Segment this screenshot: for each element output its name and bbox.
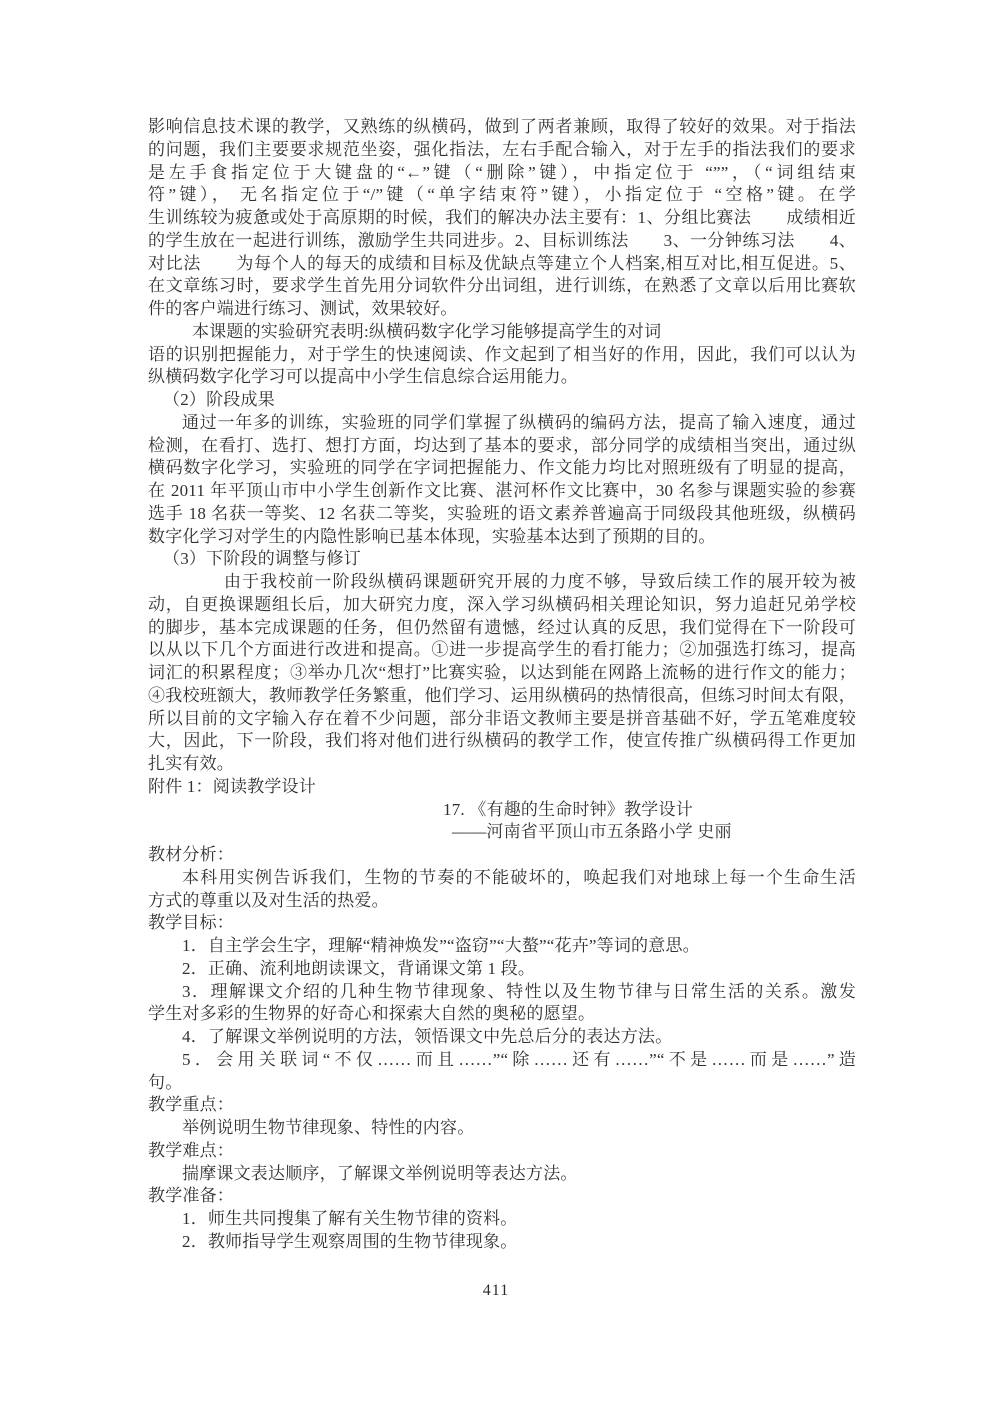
- text-line: 以从以下几个方面进行改进和提高。①进一步提高学生的看打能力；②加强选打练习，提高: [148, 639, 856, 662]
- text-line: 学生对多彩的生物界的好奇心和探索大自然的奥秘的愿望。: [148, 1003, 856, 1026]
- text-line: 件的客户端进行练习、测试，效果较好。: [148, 298, 856, 321]
- text-line: 纵横码数字化学习可以提高中小学生信息综合运用能力。: [148, 366, 856, 389]
- text-line: 本科用实例告诉我们，生物的节奏的不能破坏的，唤起我们对地球上每一个生命生活: [148, 867, 856, 890]
- text-line: 本课题的实验研究表明:纵横码数字化学习能够提高学生的对词: [148, 321, 856, 344]
- text-line: 对比法 为每个人的每天的成绩和目标及优缺点等建立个人档案,相互对比,相互促进。5…: [148, 253, 856, 276]
- text-line: 教学难点：: [148, 1140, 856, 1163]
- text-line: 1．师生共同搜集了解有关生物节律的资料。: [148, 1208, 856, 1231]
- text-line: 由于我校前一阶段纵横码课题研究开展的力度不够，导致后续工作的展开较为被: [148, 571, 856, 594]
- document-body: 影响信息技术课的教学，又熟练的纵横码，做到了两者兼顾，取得了较好的效果。对于指法…: [148, 116, 856, 1254]
- text-line: 的学生放在一起进行训练，激励学生共同进步。2、目标训练法 3、一分钟练习法 4、: [148, 230, 856, 253]
- text-line: ——河南省平顶山市五条路小学 史丽: [148, 821, 856, 844]
- text-line: 大，因此，下一阶段，我们将对他们进行纵横码的教学工作，使宣传推广纵横码得工作更加: [148, 730, 856, 753]
- text-line: 举例说明生物节律现象、特性的内容。: [148, 1117, 856, 1140]
- text-line: 符”键）， 无名指定位于“/”键（“单字结束符”键），小指定位于 “空格”键。在…: [148, 184, 856, 207]
- document-page: 影响信息技术课的教学，又熟练的纵横码，做到了两者兼顾，取得了较好的效果。对于指法…: [0, 0, 992, 1403]
- text-line: （2）阶段成果: [148, 389, 856, 412]
- text-line: 17. 《有趣的生命时钟》教学设计: [148, 799, 856, 822]
- text-line: 的问题，我们主要要求规范坐姿，强化指法，左右手配合输入，对于左手的指法我们的要求: [148, 139, 856, 162]
- text-line: 所以目前的文字输入存在着不少问题，部分非语文教师主要是拼音基础不好，学五笔难度较: [148, 708, 856, 731]
- text-line: 在 2011 年平顶山市中小学生创新作文比赛、湛河杯作文比赛中，30 名参与课题…: [148, 480, 856, 503]
- text-line: 影响信息技术课的教学，又熟练的纵横码，做到了两者兼顾，取得了较好的效果。对于指法: [148, 116, 856, 139]
- text-line: 语的识别把握能力，对于学生的快速阅读、作文起到了相当好的作用，因此，我们可以认为: [148, 344, 856, 367]
- text-line: 句。: [148, 1072, 856, 1095]
- text-line: 方式的尊重以及对生活的热爱。: [148, 890, 856, 913]
- text-line: ④我校班额大，教师教学任务繁重，他们学习、运用纵横码的热情很高，但练习时间太有限…: [148, 685, 856, 708]
- text-line: 选手 18 名获一等奖、12 名获二等奖，实验班的语文素养普遍高于同级段其他班级…: [148, 503, 856, 526]
- text-line: 数字化学习对学生的内隐性影响已基本体现，实验基本达到了预期的目的。: [148, 526, 856, 549]
- footer-page-number: 411: [0, 1282, 992, 1300]
- text-line: 4．了解课文举例说明的方法，领悟课文中先总后分的表达方法。: [148, 1026, 856, 1049]
- text-line: 2．教师指导学生观察周围的生物节律现象。: [148, 1231, 856, 1254]
- text-line: 教学目标：: [148, 912, 856, 935]
- text-line: 动，自更换课题组长后，加大研究力度，深入学习纵横码相关理论知识，努力追赶兄弟学校: [148, 594, 856, 617]
- text-line: 词汇的积累程度；③举办几次“想打”比赛实验，以达到能在网路上流畅的进行作文的能力…: [148, 662, 856, 685]
- text-line: 教学重点：: [148, 1094, 856, 1117]
- text-line: 揣摩课文表达顺序，了解课文举例说明等表达方法。: [148, 1163, 856, 1186]
- text-line: 教材分析：: [148, 844, 856, 867]
- text-line: 通过一年多的训练，实验班的同学们掌握了纵横码的编码方法，提高了输入速度，通过: [148, 412, 856, 435]
- text-line: 是左手食指定位于大键盘的“←”键（“删除”键），中指定位于 “””，（“词组结束: [148, 162, 856, 185]
- text-line: 教学准备：: [148, 1185, 856, 1208]
- text-line: 生训练较为疲惫或处于高原期的时候，我们的解决办法主要有：1、分组比赛法 成绩相近: [148, 207, 856, 230]
- text-line: 横码数字化学习，实验班的同学在字词把握能力、作文能力均比对照班级有了明显的提高，: [148, 457, 856, 480]
- text-line: 的脚步，基本完成课题的任务，但仍然留有遗憾，经过认真的反思，我们觉得在下一阶段可: [148, 617, 856, 640]
- text-line: 2．正确、流利地朗读课文，背诵课文第 1 段。: [148, 958, 856, 981]
- text-line: （3）下阶段的调整与修订: [148, 548, 856, 571]
- text-line: 在文章练习时，要求学生首先用分词软件分出词组，进行训练，在熟悉了文章以后用比赛软: [148, 275, 856, 298]
- text-line: 3．理解课文介绍的几种生物节律现象、特性以及生物节律与日常生活的关系。激发: [148, 981, 856, 1004]
- text-line: 附件 1：阅读教学设计: [148, 776, 856, 799]
- text-line: 1．自主学会生字，理解“精神焕发”“盗窃”“大螯”“花卉”等词的意思。: [148, 935, 856, 958]
- text-line: 检测，在看打、选打、想打方面，均达到了基本的要求，部分同学的成绩相当突出，通过纵: [148, 435, 856, 458]
- text-line: 扎实有效。: [148, 753, 856, 776]
- text-line: 5．会用关联词“不仅……而且……”“除……还有……”“不是……而是……”造: [148, 1049, 856, 1072]
